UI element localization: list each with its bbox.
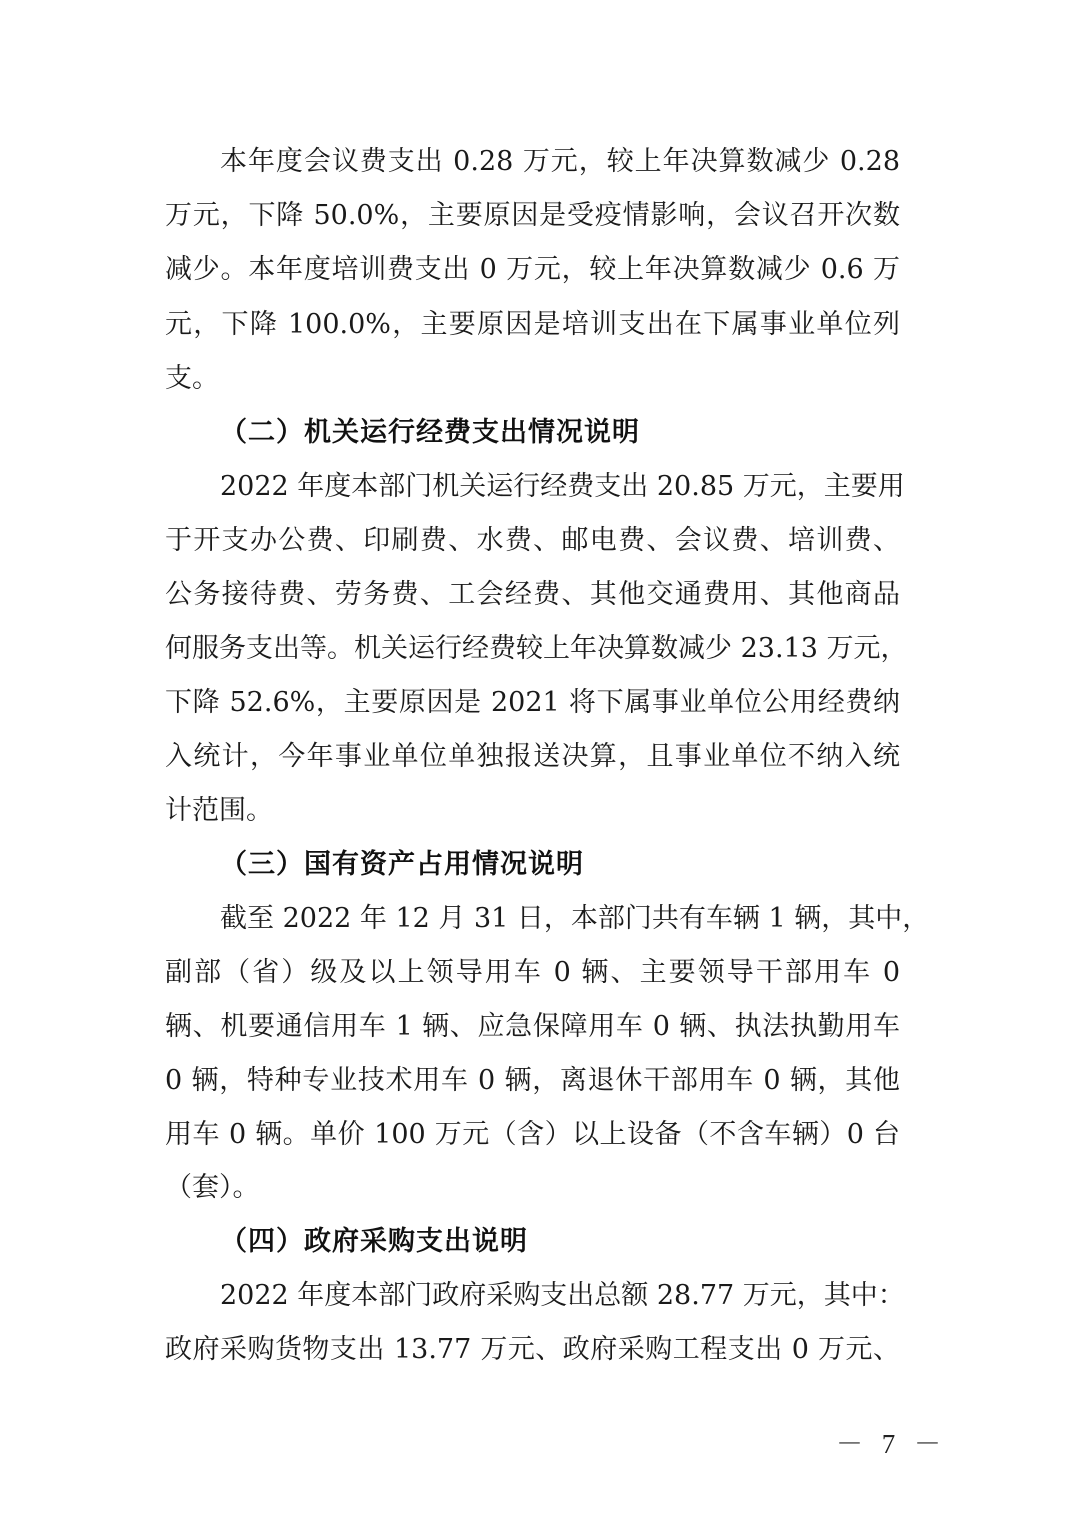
paragraph-line: 何服务支出等。机关运行经费较上年决算数减少 23.13 万元， <box>165 629 900 669</box>
document-page: 本年度会议费支出 0.28 万元，较上年决算数减少 0.28 万元，下降 50.… <box>0 0 1074 1520</box>
paragraph-line: 2022 年度本部门机关运行经费支出 20.85 万元，主要用 <box>220 467 900 507</box>
paragraph-line: 计范围。 <box>165 791 900 831</box>
paragraph-line: 0 辆，特种专业技术用车 0 辆，离退休干部用车 0 辆，其他 <box>165 1061 900 1101</box>
paragraph-line: 支。 <box>165 359 900 399</box>
paragraph-line: （套）。 <box>165 1168 900 1208</box>
section-heading: （二）机关运行经费支出情况说明 <box>220 413 640 453</box>
paragraph-line: 用车 0 辆。单价 100 万元（含）以上设备（不含车辆）0 台 <box>165 1115 900 1155</box>
paragraph-line: 2022 年度本部门政府采购支出总额 28.77 万元，其中： <box>220 1276 900 1316</box>
paragraph-line: 辆、机要通信用车 1 辆、应急保障用车 0 辆、执法执勤用车 <box>165 1007 900 1047</box>
paragraph-line: 截至 2022 年 12 月 31 日，本部门共有车辆 1 辆，其中， <box>220 899 900 939</box>
paragraph-line: 本年度会议费支出 0.28 万元，较上年决算数减少 0.28 <box>220 142 900 182</box>
section-heading: （四）政府采购支出说明 <box>220 1222 528 1262</box>
paragraph-line: 公务接待费、劳务费、工会经费、其他交通费用、其他商品 <box>165 575 900 615</box>
section-heading: （三）国有资产占用情况说明 <box>220 845 584 885</box>
paragraph-line: 减少。本年度培训费支出 0 万元，较上年决算数减少 0.6 万 <box>165 250 900 290</box>
paragraph-line: 入统计，今年事业单位单独报送决算，且事业单位不纳入统 <box>165 737 900 777</box>
paragraph-line: 下降 52.6%，主要原因是 2021 将下属事业单位公用经费纳 <box>165 683 900 723</box>
paragraph-line: 于开支办公费、印刷费、水费、邮电费、会议费、培训费、 <box>165 521 900 561</box>
paragraph-line: 元，下降 100.0%，主要原因是培训支出在下属事业单位列 <box>165 305 900 345</box>
paragraph-line: 政府采购货物支出 13.77 万元、政府采购工程支出 0 万元、 <box>165 1330 900 1370</box>
page-number: － 7 － <box>836 1424 947 1464</box>
paragraph-line: 万元，下降 50.0%，主要原因是受疫情影响，会议召开次数 <box>165 196 900 236</box>
paragraph-line: 副部（省）级及以上领导用车 0 辆、主要领导干部用车 0 <box>165 953 900 993</box>
